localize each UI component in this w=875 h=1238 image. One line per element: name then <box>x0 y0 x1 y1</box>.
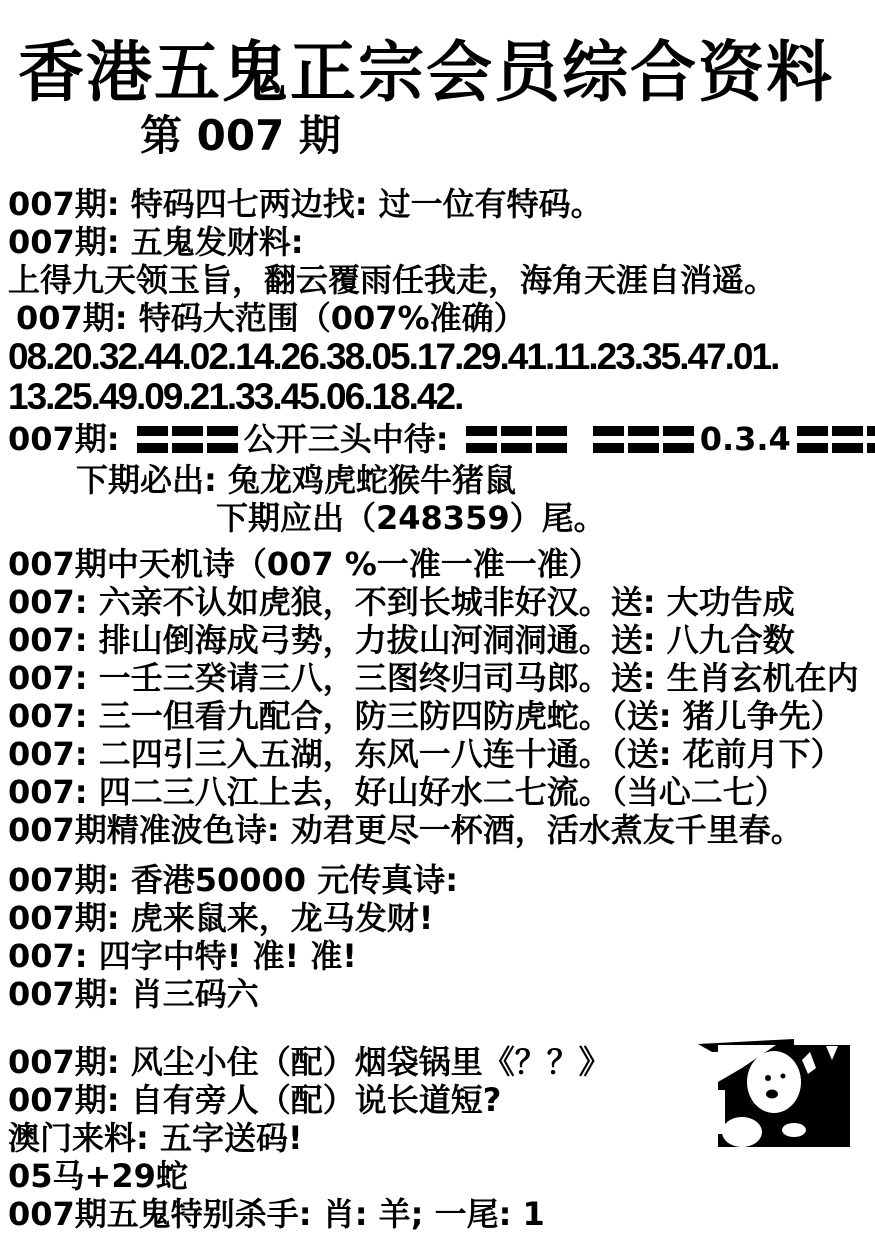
censor-blocks-group <box>135 420 240 458</box>
censor-block-icon <box>207 426 238 453</box>
censor-block-icon <box>593 426 624 453</box>
censor-block-icon <box>466 426 497 453</box>
censor-block-icon <box>137 426 168 453</box>
text-line: 007期: 五鬼发财料: <box>0 223 875 261</box>
special-code-section: 007期: 特码四七两边找: 过一位有特码。 007期: 五鬼发财料: 上得九天… <box>0 185 875 537</box>
poem-line: 007: 一壬三癸请三八，三图终归司马郎。送: 生肖玄机在内 <box>0 659 875 697</box>
poem-section-header: 007期中天机诗（007 %一准一准一准） <box>0 545 875 583</box>
censor-block-icon <box>832 426 863 453</box>
poem-line: 007: 四二三八江上去，好山好水二七流。（当心二七） <box>0 773 875 811</box>
poem-line: 007: 排山倒海成弓势，力拔山河洞洞通。送: 八九合数 <box>0 621 875 659</box>
fax-line: 007期: 肖三码六 <box>0 975 875 1013</box>
fax-poem-section: 007期: 香港50000 元传真诗: 007期: 虎来鼠来，龙马发财! 007… <box>0 861 875 1013</box>
page-title: 香港五鬼正宗会员综合资料 <box>0 32 875 115</box>
next-issue-should-line: 下期应出（248359）尾。 <box>208 499 875 537</box>
censor-block-icon <box>867 426 875 453</box>
censor-block-icon <box>536 426 567 453</box>
censor-block-icon <box>663 426 694 453</box>
wave-color-poem-line: 007期精准波色诗: 劝君更尽一杯酒，活水煮友千里春。 <box>0 811 875 849</box>
next-issue-must-line: 下期必出: 兔龙鸡虎蛇猴牛猪鼠 <box>68 461 875 499</box>
censor-block-icon <box>172 426 203 453</box>
fax-line: 007期: 香港50000 元传真诗: <box>0 861 875 899</box>
censor-block-icon <box>501 426 532 453</box>
special-killer-line: 007期五鬼特别杀手: 肖: 羊; 一尾: 1 <box>0 1195 875 1233</box>
censor-blocks-group <box>795 420 875 458</box>
censor-blocks-group <box>464 420 569 458</box>
lottery-numbers-row-2: 13.25.49.09.21.33.45.06.18.42. <box>0 377 875 417</box>
poem-line: 007: 六亲不认如虎狼，不到长城非好汉。送: 大功告成 <box>0 583 875 621</box>
three-heads-line: 007期: 公开三头中待: 0.3.4中 <box>0 417 875 461</box>
censor-blocks-group <box>591 420 696 458</box>
fax-line: 007: 四字中特! 准! 准! <box>0 937 875 975</box>
censor-block-icon <box>628 426 659 453</box>
text-line: 007期: 特码四七两边找: 过一位有特码。 <box>0 185 875 223</box>
heaven-poem-section: 007期中天机诗（007 %一准一准一准） 007: 六亲不认如虎狼，不到长城非… <box>0 545 875 849</box>
issue-number: 第 007 期 <box>140 111 875 161</box>
document-page: 香港五鬼正宗会员综合资料 第 007 期 007期: 特码四七两边找: 过一位有… <box>0 0 875 1238</box>
blocks-line-numbers: 0.3.4 <box>700 420 791 458</box>
text-line: 007期: 特码大范围（007%准确） <box>8 299 875 337</box>
blocks-line-prefix: 007期: <box>8 420 131 458</box>
person-photo <box>698 1038 860 1154</box>
poem-verse-line: 上得九天领玉旨，翻云覆雨任我走，海角天涯自消遥。 <box>0 261 875 299</box>
poem-line: 007: 三一但看九配合，防三防四防虎蛇。（送: 猪儿争先） <box>0 697 875 735</box>
blocks-line-open-text: 公开三头中待: <box>244 420 460 458</box>
poem-line: 007: 二四引三入五湖，东风一八连十通。（送: 花前月下） <box>0 735 875 773</box>
censor-block-icon <box>797 426 828 453</box>
bottom-line: 05马+29蛇 <box>0 1157 875 1195</box>
lottery-numbers-row-1: 08.20.32.44.02.14.26.38.05.17.29.41.11.2… <box>0 337 875 377</box>
fax-line: 007期: 虎来鼠来，龙马发财! <box>0 899 875 937</box>
